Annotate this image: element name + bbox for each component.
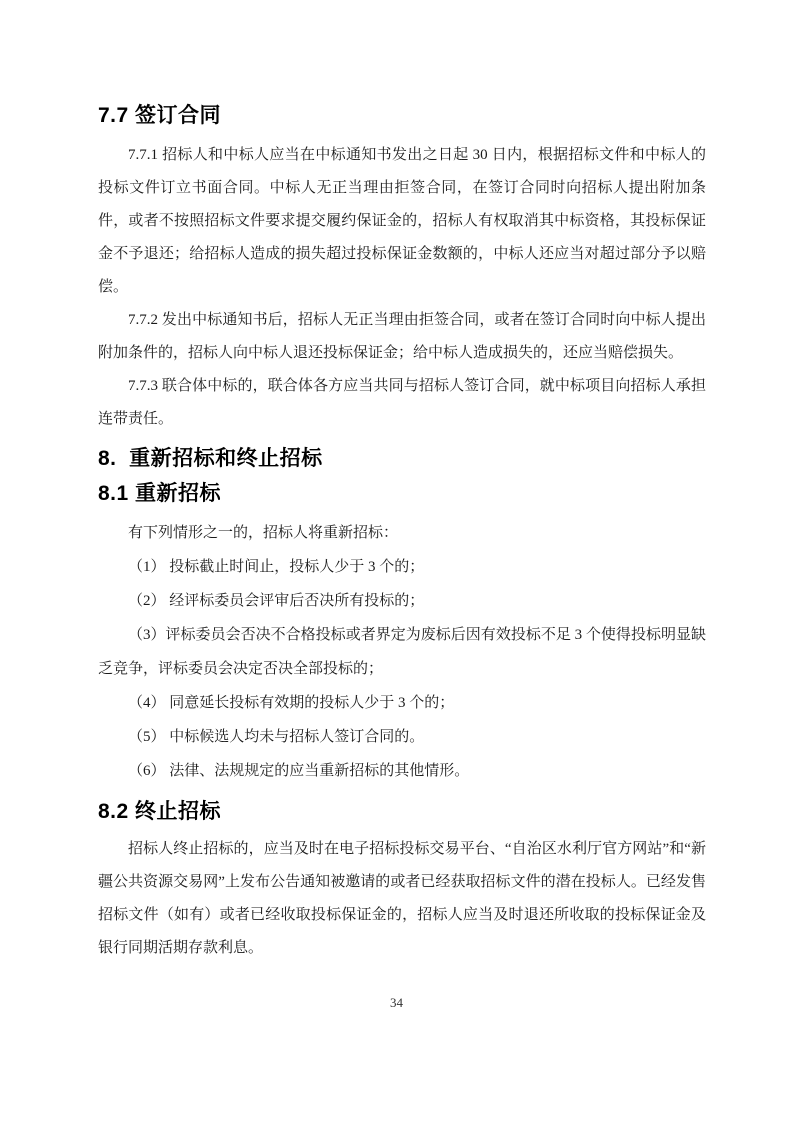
heading-8-2-terminate: 8.2 终止招标 [98,798,706,825]
document-content: 7.7 签订合同 7.7.1 招标人和中标人应当在中标通知书发出之日起 30 日… [0,0,793,965]
heading-8-rebid-and-terminate: 8. 重新招标和终止招标 [98,445,706,472]
list-item-3: （3）评标委员会否决不合格投标或者界定为废标后因有效投标不足 3 个使得投标明显… [98,618,706,686]
list-item-5: （5） 中标候选人均未与招标人签订合同的。 [98,720,706,754]
paragraph-7-7-3: 7.7.3 联合体中标的，联合体各方应当共同与招标人签订合同，就中标项目向招标人… [98,370,706,436]
list-item-4: （4） 同意延长投标有效期的投标人少于 3 个的； [98,686,706,720]
paragraph-8-2: 招标人终止招标的，应当及时在电子招标投标交易平台、“自治区水利厅官方网站”和“新… [98,833,706,965]
paragraph-7-7-2: 7.7.2 发出中标通知书后，招标人无正当理由拒签合同，或者在签订合同时向中标人… [98,304,706,370]
page-number: 34 [0,995,793,1011]
paragraph-7-7-1: 7.7.1 招标人和中标人应当在中标通知书发出之日起 30 日内，根据招标文件和… [98,139,706,304]
list-item-2: （2） 经评标委员会评审后否决所有投标的； [98,584,706,618]
paragraph-8-1-intro: 有下列情形之一的，招标人将重新招标： [98,517,706,550]
heading-8-1-rebid: 8.1 重新招标 [98,480,706,507]
list-item-6: （6） 法律、法规规定的应当重新招标的其他情形。 [98,754,706,788]
document-page: 7.7 签订合同 7.7.1 招标人和中标人应当在中标通知书发出之日起 30 日… [0,0,793,1122]
heading-7-7-sign-contract: 7.7 签订合同 [98,102,706,129]
list-item-1: （1） 投标截止时间止，投标人少于 3 个的； [98,550,706,584]
